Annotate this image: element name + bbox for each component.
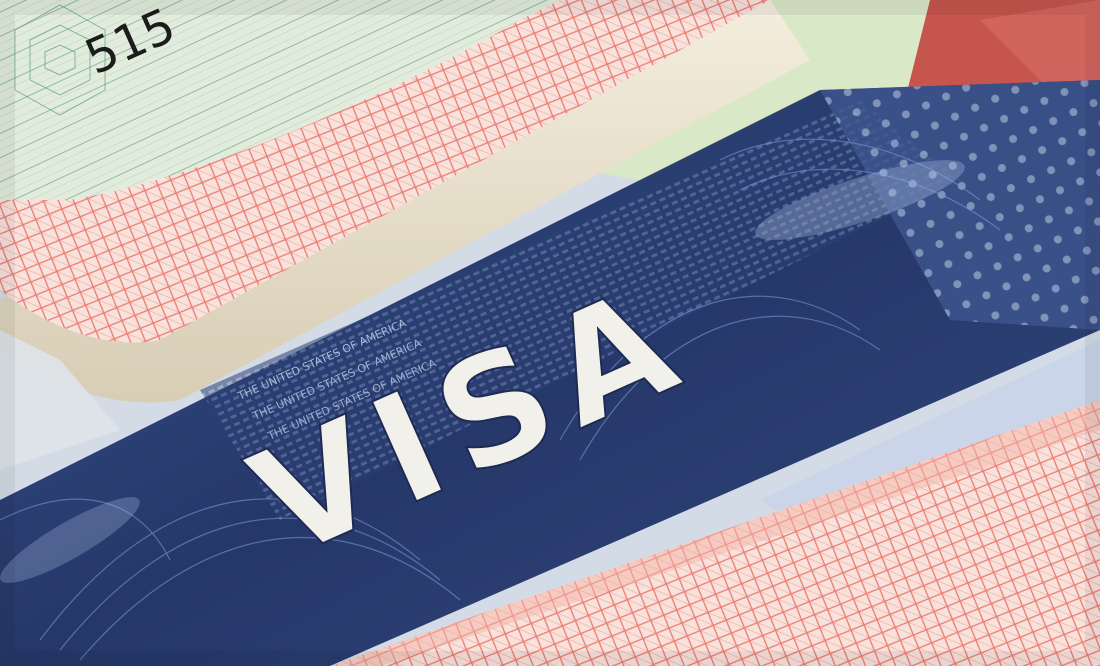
- visa-photo: VISA THE UNITED STATES OF AMERICA THE UN…: [0, 0, 1100, 666]
- photo-scene: VISA THE UNITED STATES OF AMERICA THE UN…: [0, 0, 1100, 666]
